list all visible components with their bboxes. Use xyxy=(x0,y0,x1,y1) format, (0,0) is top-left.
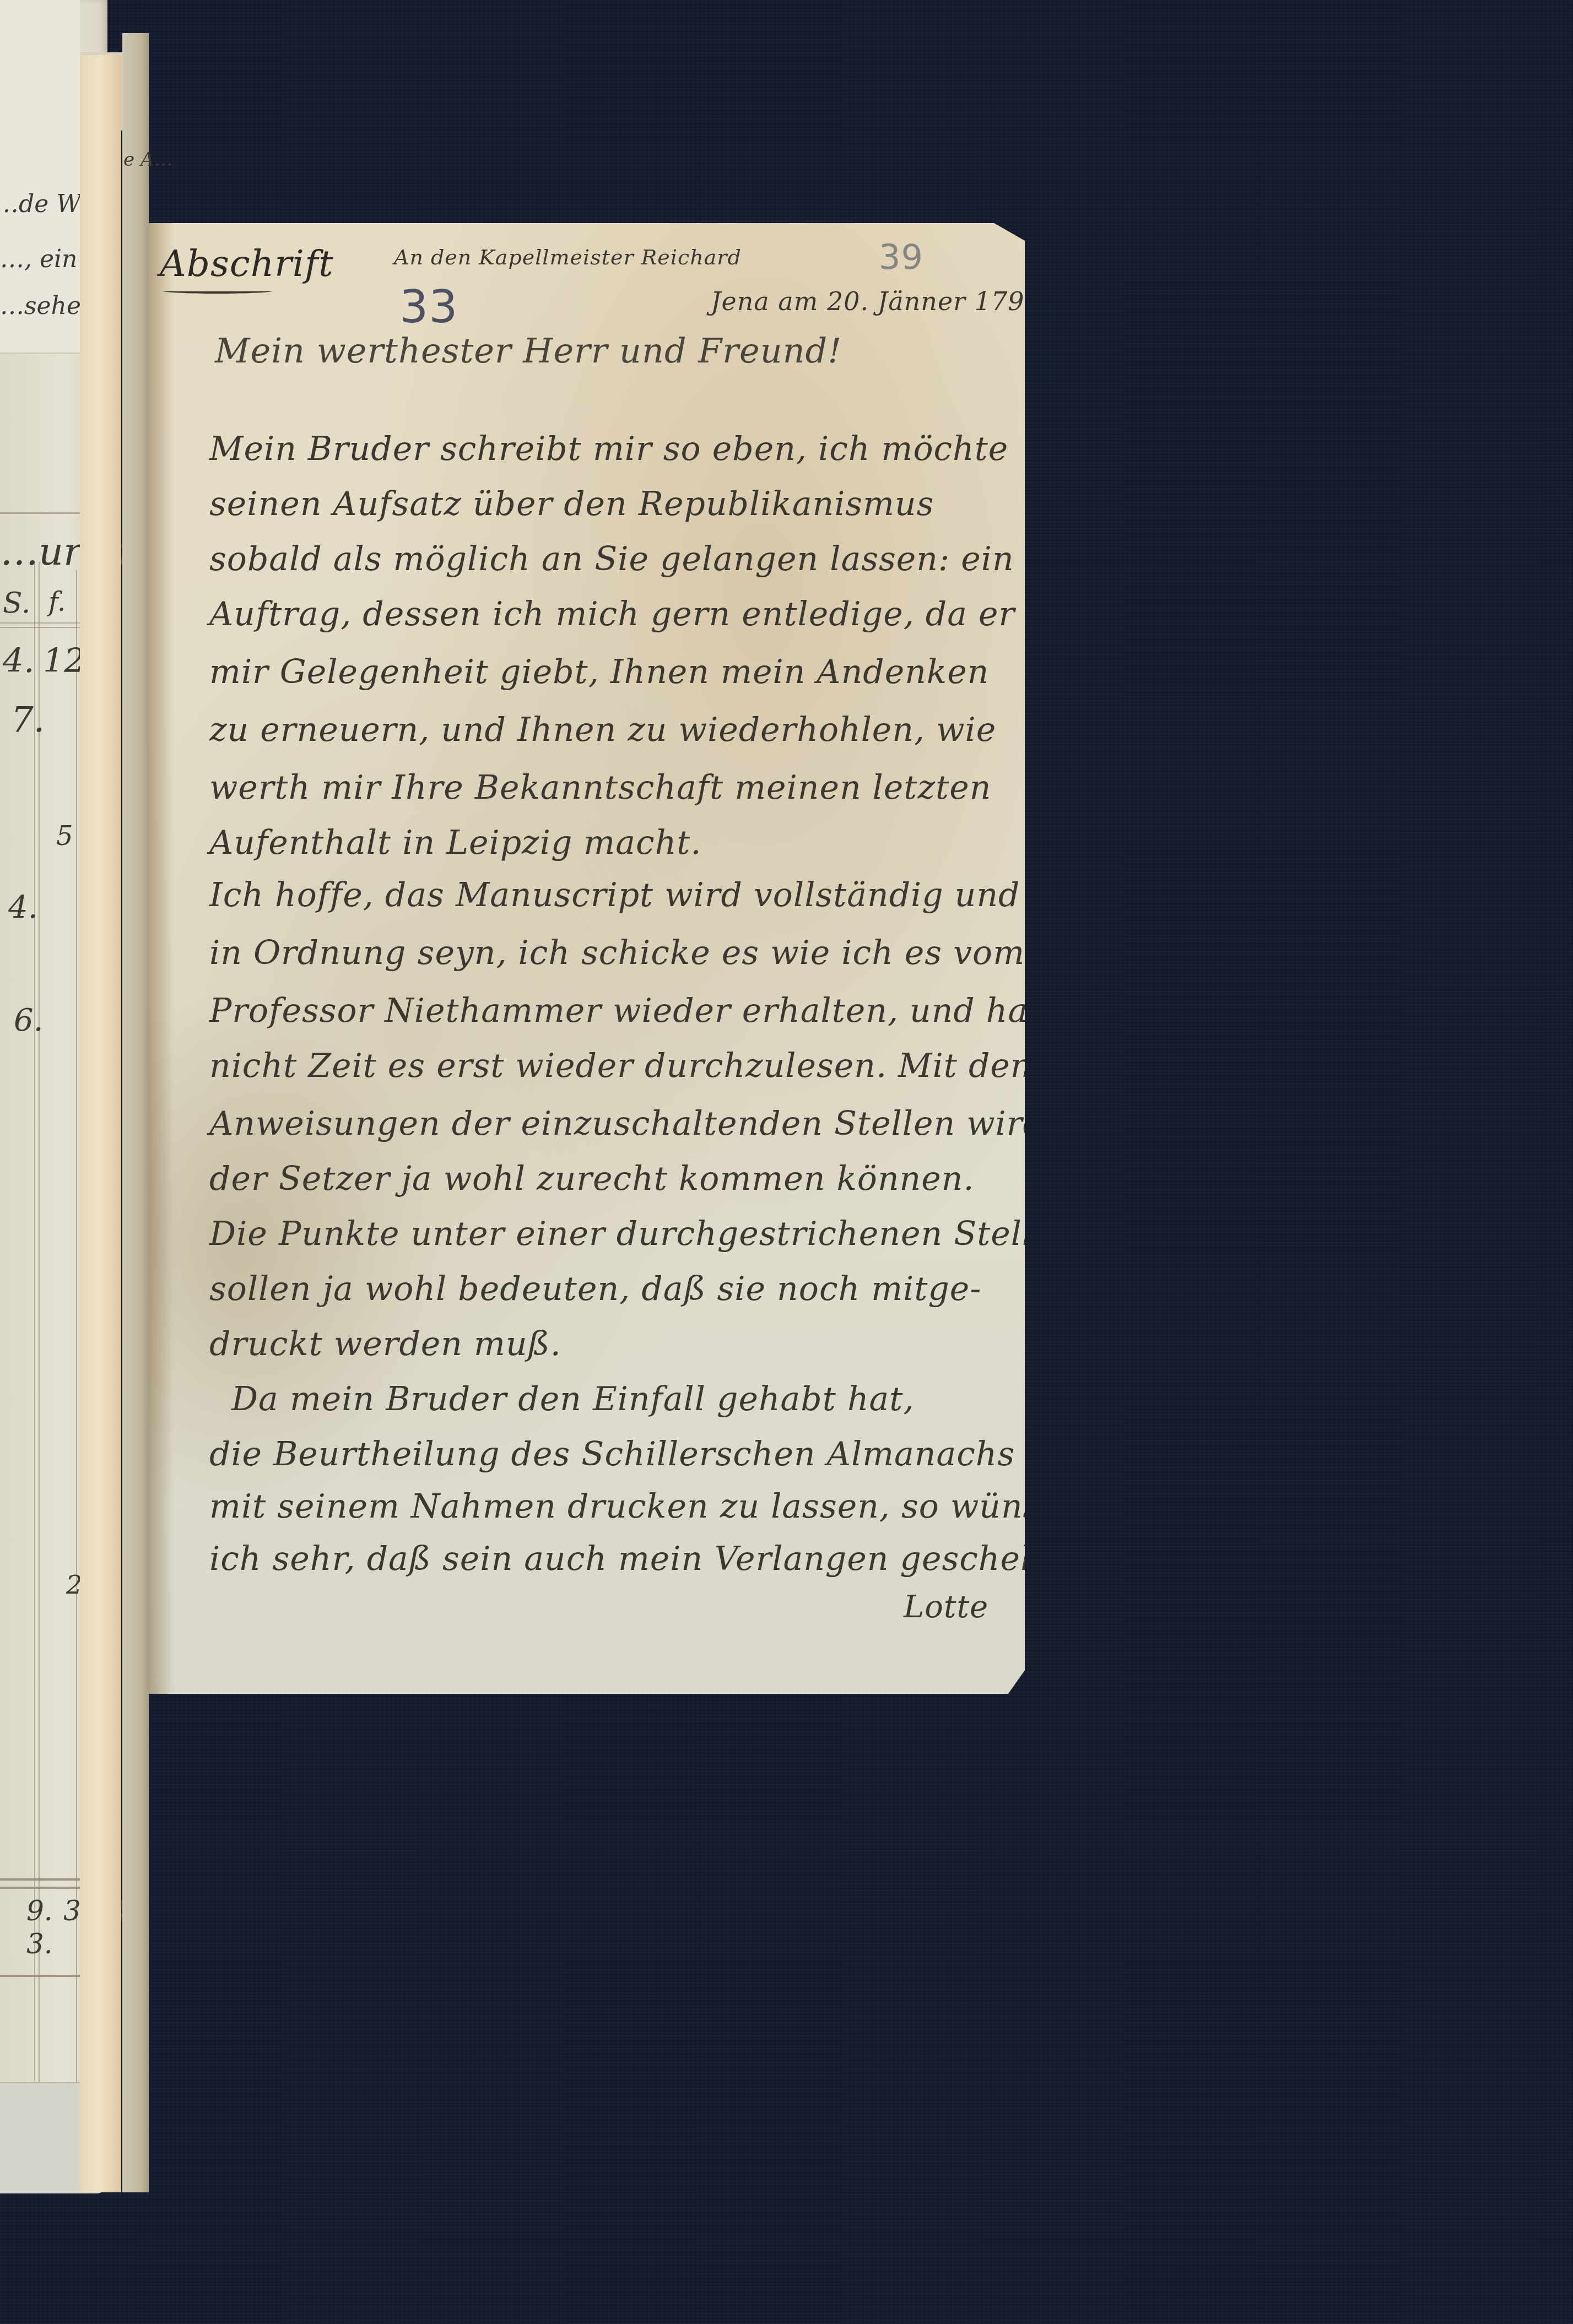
body-line: druckt werden muß. xyxy=(209,1325,561,1363)
binding-strip xyxy=(80,55,121,2192)
binding-guard-edge: e A… xyxy=(122,33,149,2192)
body-line: mir Gelegenheit giebt, Ihnen mein Andenk… xyxy=(209,653,989,691)
body-line: Mein Bruder schreibt mir so eben, ich mö… xyxy=(209,430,1008,468)
body-line: der Setzer ja wohl zurecht kommen können… xyxy=(209,1160,974,1198)
archive-number-blue: 33 xyxy=(399,281,458,333)
archive-number-pencil: 39 xyxy=(879,237,923,277)
body-line: Ich hoffe, das Manuscript wird vollständ… xyxy=(209,876,1020,914)
body-line: Professor Niethammer wieder erhalten, un… xyxy=(209,992,1070,1030)
ledger-total: 3. xyxy=(26,1928,53,1960)
body-line: sobald als möglich an Sie gelangen lasse… xyxy=(209,540,1014,578)
body-line: in Ordnung seyn, ich schicke es wie ich … xyxy=(209,934,1025,972)
body-line: zu erneuern, und Ihnen zu wiederhohlen, … xyxy=(209,711,996,749)
ledger-cell: 4. xyxy=(3,642,34,680)
salutation: Mein werthester Herr und Freund! xyxy=(215,331,842,371)
body-line: Aufenthalt in Leipzig macht. xyxy=(209,824,701,862)
ledger-fragment-2: …, ein xyxy=(0,245,77,273)
abschrift-label: Abschrift xyxy=(160,242,334,285)
body-line: sollen ja wohl bedeuten, daß sie noch mi… xyxy=(209,1270,982,1308)
body-line: mit seinem Nahmen drucken zu lassen, so … xyxy=(209,1487,1101,1526)
ledger-total: 9. xyxy=(26,1895,53,1927)
body-line: seinen Aufsatz über den Republikanismus xyxy=(209,485,934,523)
body-line: Die Punkte unter einer durchgestrichenen… xyxy=(209,1215,1053,1253)
body-line: Anweisungen der einzuschaltenden Stellen… xyxy=(209,1104,1045,1143)
ledger-cell: 6. xyxy=(14,1003,43,1038)
addressee-line: An den Kapellmeister Reichard xyxy=(394,245,742,269)
ledger-cell: 5 xyxy=(56,821,73,852)
binding-fragment: e A… xyxy=(123,149,172,171)
body-line: Da mein Bruder den Einfall gehabt hat, xyxy=(231,1380,915,1418)
body-line: die Beurtheilung des Schillerschen Alman… xyxy=(209,1435,1015,1474)
ledger-cell: 4. xyxy=(8,890,37,925)
body-line: Auftrag, dessen ich mich gern entledige,… xyxy=(209,595,1015,633)
ledger-col-header-f: f. xyxy=(48,587,66,617)
body-line: werth mir Ihre Bekanntschaft meinen letz… xyxy=(209,768,991,807)
abschrift-underline xyxy=(163,288,273,294)
body-line: nicht Zeit es erst wieder durchzulesen. … xyxy=(209,1047,1032,1085)
ledger-col-header-s: S. xyxy=(3,587,30,620)
ledger-column-line xyxy=(76,570,77,2168)
signature: Lotte xyxy=(904,1589,988,1625)
letter-sheet: Abschrift An den Kapellmeister Reichard … xyxy=(149,223,1025,1694)
place-date: Jena am 20. Jänner 1790 xyxy=(711,286,1041,316)
ledger-cell: 7. xyxy=(11,700,45,740)
body-line: ich sehr, daß sein auch mein Verlangen g… xyxy=(209,1540,1062,1578)
ledger-top-flap: …de Wint …, ein …sehen xyxy=(0,0,80,354)
